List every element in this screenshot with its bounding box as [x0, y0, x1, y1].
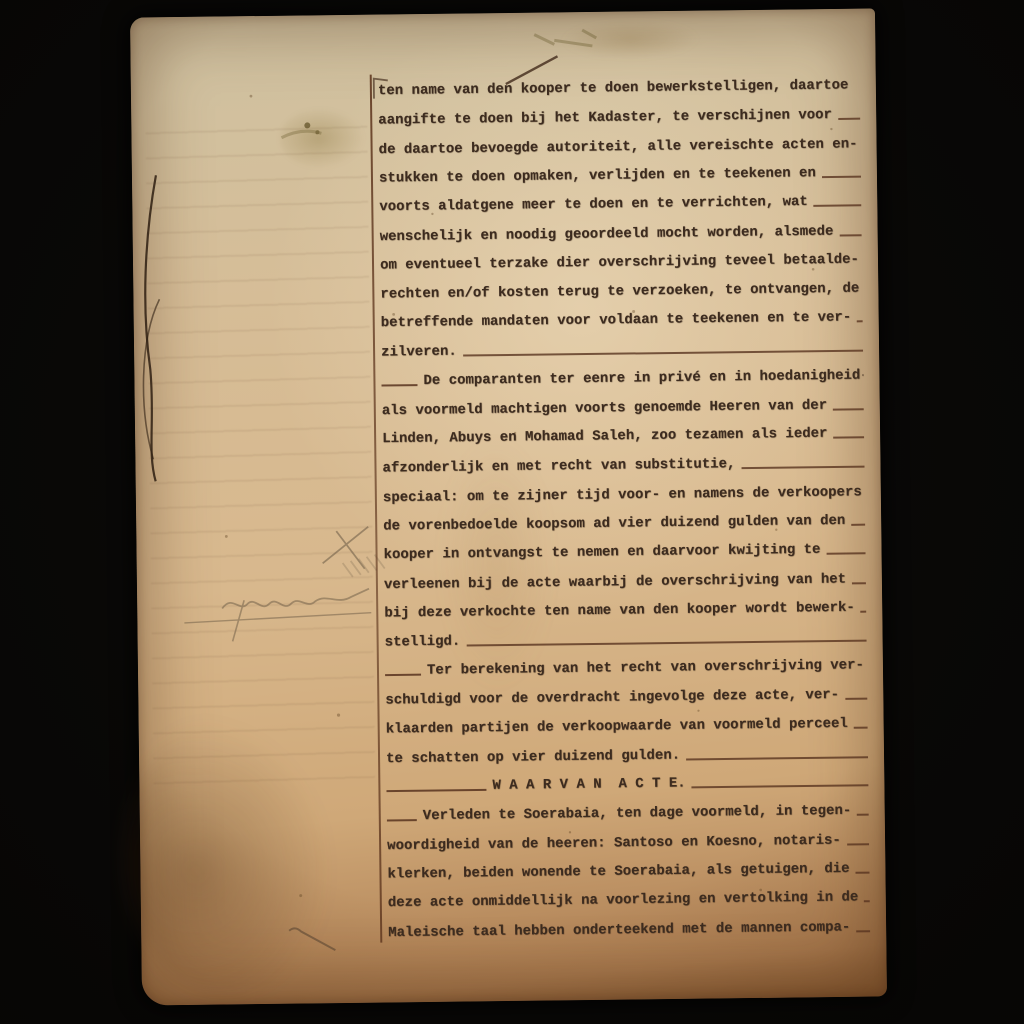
line-end-rule — [741, 466, 864, 470]
pencil-underline — [184, 613, 371, 623]
line-end-rule — [847, 843, 869, 845]
line-text: woordigheid van de heeren: Santoso en Ko… — [387, 832, 841, 854]
line-text: stelligd. — [385, 633, 461, 650]
document-line: verleenen bij de acte waarbij de oversch… — [384, 564, 866, 599]
document-line: Maleische taal hebben onderteekend met d… — [388, 912, 870, 947]
line-end-rule — [814, 204, 862, 207]
line-text: ten name van den kooper te doen bewerkst… — [378, 77, 849, 99]
line-end-rule — [864, 900, 870, 902]
line-end-rule — [833, 436, 864, 438]
line-end-rule — [851, 524, 865, 526]
paragraph-dash-rule — [387, 819, 417, 821]
line-end-rule — [692, 784, 869, 788]
line-end-rule — [856, 872, 870, 874]
photo-background: ten name van den kooper te doen bewerkst… — [0, 0, 1024, 1024]
line-end-rule — [686, 756, 868, 760]
document-page: ten name van den kooper te doen bewerkst… — [130, 8, 887, 1005]
document-line: deze acte onmiddellijk na voorlezing en … — [388, 882, 870, 917]
line-text: W A A R V A N A C T E. — [492, 775, 685, 793]
line-end-rule — [833, 408, 864, 410]
pencil-check-mark — [289, 928, 335, 951]
document-line: kooper in ontvangst te nemen en daarvoor… — [383, 534, 865, 569]
line-text: klaarden partijen de verkoopwaarde van v… — [386, 715, 848, 737]
line-text: voorts aldatgene meer te doen en te verr… — [379, 193, 808, 214]
pencil-signature — [184, 589, 372, 642]
line-end-rule — [856, 930, 870, 932]
paragraph-dash-rule — [381, 384, 417, 386]
line-text: Ter berekening van het recht van oversch… — [427, 657, 864, 678]
line-text: De comparanten ter eenre in privé en in … — [423, 367, 863, 388]
line-text: zilveren. — [381, 343, 457, 360]
paragraph-dash-rule — [386, 789, 486, 792]
line-end-rule — [838, 118, 860, 120]
binding-thread — [144, 175, 160, 481]
line-text: wenschelijk en noodig geoordeeld mocht w… — [380, 223, 834, 245]
document-line: Ter berekening van het recht van oversch… — [385, 650, 867, 685]
line-text: speciaal: om te zijner tijd voor- en nam… — [383, 484, 862, 506]
document-text-block: ten name van den kooper te doen bewerkst… — [378, 71, 871, 947]
document-line: betreffende mandaten voor voldaan te tee… — [381, 302, 863, 337]
line-end-rule — [466, 640, 866, 647]
line-end-rule — [857, 814, 869, 816]
line-text: de daartoe bevoegde autoriteit, alle ver… — [379, 136, 858, 158]
line-text: te schatten op vier duizend gulden. — [386, 747, 680, 767]
line-text: om eventueel terzake dier overschrijving… — [380, 251, 859, 273]
line-end-rule — [845, 698, 867, 700]
line-text: stukken te doen opmaken, verlijden en te… — [379, 165, 816, 186]
line-text: Maleische taal hebben onderteekend met d… — [388, 919, 850, 941]
line-text: bij deze verkochte ten name van den koop… — [384, 599, 855, 621]
line-end-rule — [854, 727, 868, 729]
line-text: klerken, beiden wonende te Soerabaia, al… — [387, 860, 849, 882]
document-line: wenschelijk en noodig geoordeeld mocht w… — [380, 216, 862, 251]
line-text: deze acte onmiddellijk na voorlezing en … — [388, 889, 859, 911]
document-line: woordigheid van de heeren: Santoso en Ko… — [387, 825, 869, 860]
document-line: de daartoe bevoegde autoriteit, alle ver… — [378, 129, 860, 164]
document-line: voorts aldatgene meer te doen en te verr… — [379, 186, 861, 221]
line-text: betreffende mandaten voor voldaan te tee… — [381, 309, 852, 331]
document-line: ten name van den kooper te doen bewerkst… — [378, 70, 860, 105]
text-lines: ten name van den kooper te doen bewerkst… — [378, 71, 871, 947]
line-text: aangifte te doen bij het Kadaster, te ve… — [378, 107, 832, 129]
document-line: W A A R V A N A C T E. — [386, 766, 868, 801]
line-text: afzonderlijk en met recht van substituti… — [382, 456, 735, 476]
line-text: kooper in ontvangst te nemen en daarvoor… — [383, 541, 820, 562]
line-text: rechten en/of kosten terug te verzoeken,… — [380, 280, 859, 302]
document-line: Linden, Abuys en Mohamad Saleh, zoo teza… — [382, 418, 864, 453]
line-text: de vorenbedoelde koopsom ad vier duizend… — [383, 512, 845, 534]
document-line: speciaal: om te zijner tijd voor- en nam… — [383, 477, 865, 512]
line-end-rule — [839, 234, 861, 236]
line-text: schuldigd voor de overdracht ingevolge d… — [385, 686, 839, 708]
line-text: verleenen bij de acte waarbij de oversch… — [384, 571, 846, 593]
line-end-rule — [826, 552, 865, 554]
paragraph-dash-rule — [385, 674, 421, 676]
line-text: als voormeld machtigen voorts genoemde H… — [382, 397, 827, 418]
line-end-rule — [857, 320, 863, 322]
line-text: Verleden te Soerabaia, ten dage voormeld… — [423, 802, 852, 823]
line-end-rule — [852, 582, 866, 584]
line-end-rule — [822, 176, 861, 178]
line-text: Linden, Abuys en Mohamad Saleh, zoo teza… — [382, 425, 827, 446]
line-end-rule — [861, 611, 867, 613]
line-end-rule — [463, 350, 863, 357]
